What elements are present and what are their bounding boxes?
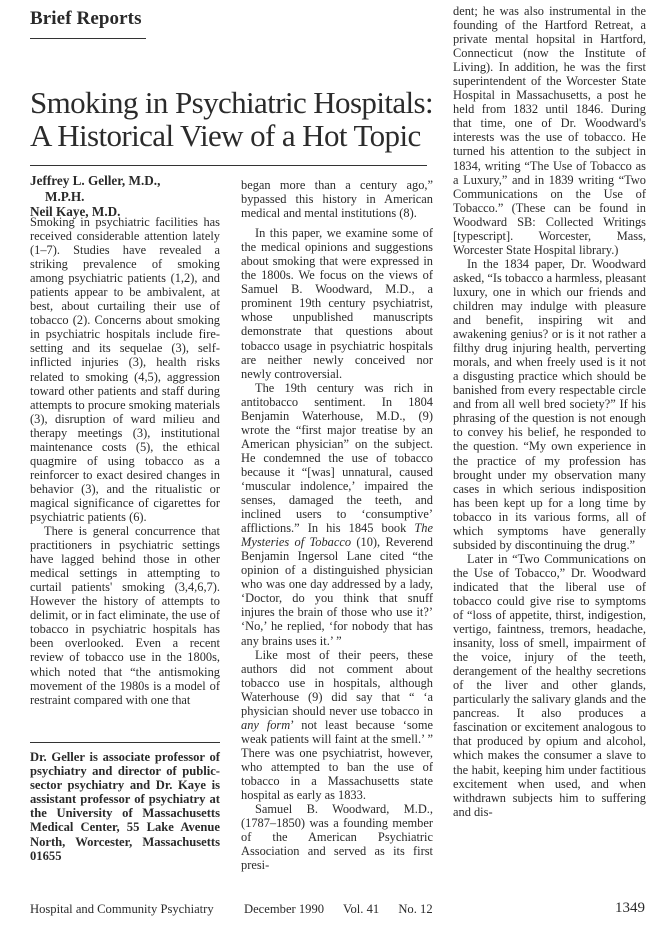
title-rule xyxy=(30,165,427,166)
body-column-2: began more than a century ago,” bypassed… xyxy=(241,178,433,872)
paragraph: Later in “Two Communications on the Use … xyxy=(453,552,646,819)
paragraph: In this paper, we examine some of the me… xyxy=(241,226,433,381)
footer-number: No. 12 xyxy=(398,902,432,916)
section-heading: Brief Reports xyxy=(30,8,142,30)
author-affiliation: Dr. Geller is associate professor of psy… xyxy=(30,750,220,863)
body-column-1: Smoking in psychiatric facilities has re… xyxy=(30,215,220,707)
author-list: Jeffrey L. Geller, M.D., M.P.H. Neil Kay… xyxy=(30,173,230,220)
footer-volume: Vol. 41 xyxy=(343,902,379,916)
author-degree: M.P.H. xyxy=(30,189,230,205)
affiliation-rule xyxy=(30,742,220,743)
footer-date: December 1990 xyxy=(244,902,324,916)
section-heading-rule xyxy=(30,38,146,39)
page-number: 1349 xyxy=(615,900,645,917)
paragraph: dent; he was also instrumental in the fo… xyxy=(453,4,646,257)
article-title: Smoking in Psychiatric Hospitals: A Hist… xyxy=(30,86,440,152)
paragraph: There is general concurrence that practi… xyxy=(30,524,220,707)
paragraph: The 19th century was rich in antitobacco… xyxy=(241,381,433,648)
paragraph: began more than a century ago,” bypassed… xyxy=(241,178,433,220)
body-column-3: dent; he was also instrumental in the fo… xyxy=(453,4,646,819)
footer-issue-info: December 1990 Vol. 41 No. 12 xyxy=(244,902,449,917)
paragraph: In the 1834 paper, Dr. Woodward asked, “… xyxy=(453,257,646,552)
author-name: Jeffrey L. Geller, M.D., xyxy=(30,173,230,189)
emphasis: any form xyxy=(241,718,290,732)
article-title-line-1: Smoking in Psychiatric Hospitals: xyxy=(30,85,433,120)
paragraph: Samuel B. Woodward, M.D., (1787–1850) wa… xyxy=(241,802,433,872)
paragraph: Smoking in psychiatric facilities has re… xyxy=(30,215,220,524)
article-title-line-2: A Historical View of a Hot Topic xyxy=(30,118,421,153)
paragraph: Like most of their peers, these authors … xyxy=(241,648,433,803)
footer-journal-name: Hospital and Community Psychiatry xyxy=(30,902,214,917)
